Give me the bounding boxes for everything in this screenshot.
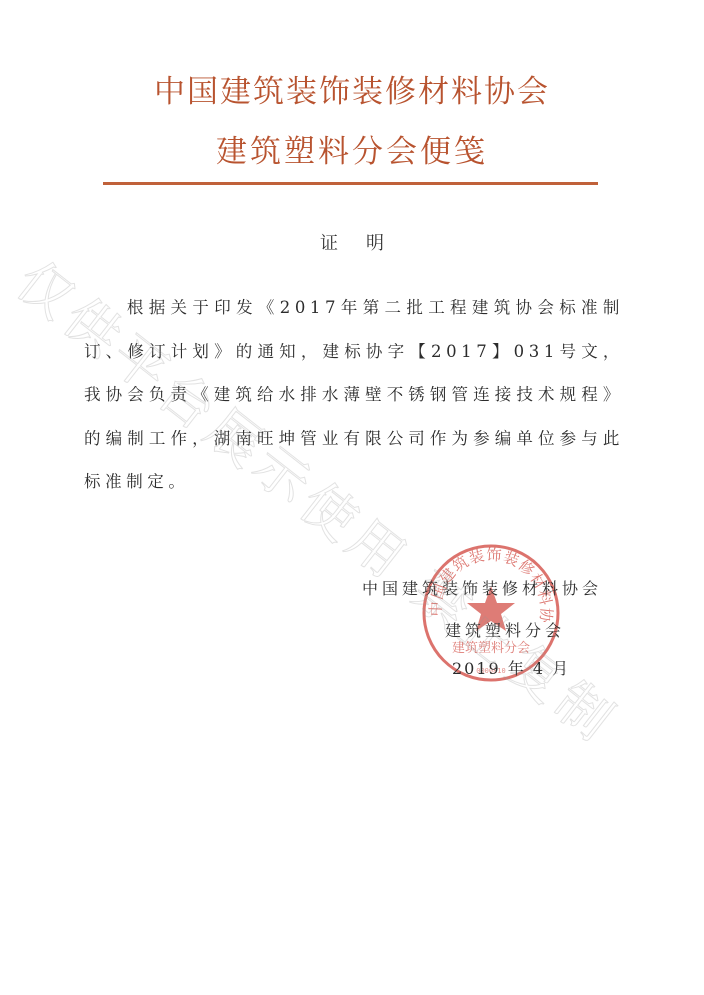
signature-branch: 建筑塑料分会 — [445, 618, 565, 641]
body-paragraph: 根据关于印发《2017年第二批工程建筑协会标准制订、修订计划》的通知，建标协字【… — [84, 286, 624, 504]
letterhead-branch-memo: 建筑塑料分会便笺 — [0, 132, 704, 172]
title-char-2: 明 — [366, 233, 384, 254]
document-title: 证明 — [0, 230, 704, 258]
signature-date: 2019 年 4 月 — [452, 656, 570, 679]
document-body: 根据关于印发《2017年第二批工程建筑协会标准制订、修订计划》的通知，建标协字【… — [84, 286, 624, 504]
letterhead-organization: 中国建筑装饰装修材料协会 — [0, 72, 704, 112]
title-char-1: 证 — [320, 233, 338, 254]
letterhead-divider — [103, 182, 598, 185]
signature-organization: 中国建筑装饰装修材料协会 — [362, 576, 602, 599]
document-page: 中国建筑装饰装修材料协会 建筑塑料分会便笺 证明 根据关于印发《2017年第二批… — [0, 0, 704, 995]
svg-text:建筑塑料分会: 建筑塑料分会 — [452, 640, 530, 656]
